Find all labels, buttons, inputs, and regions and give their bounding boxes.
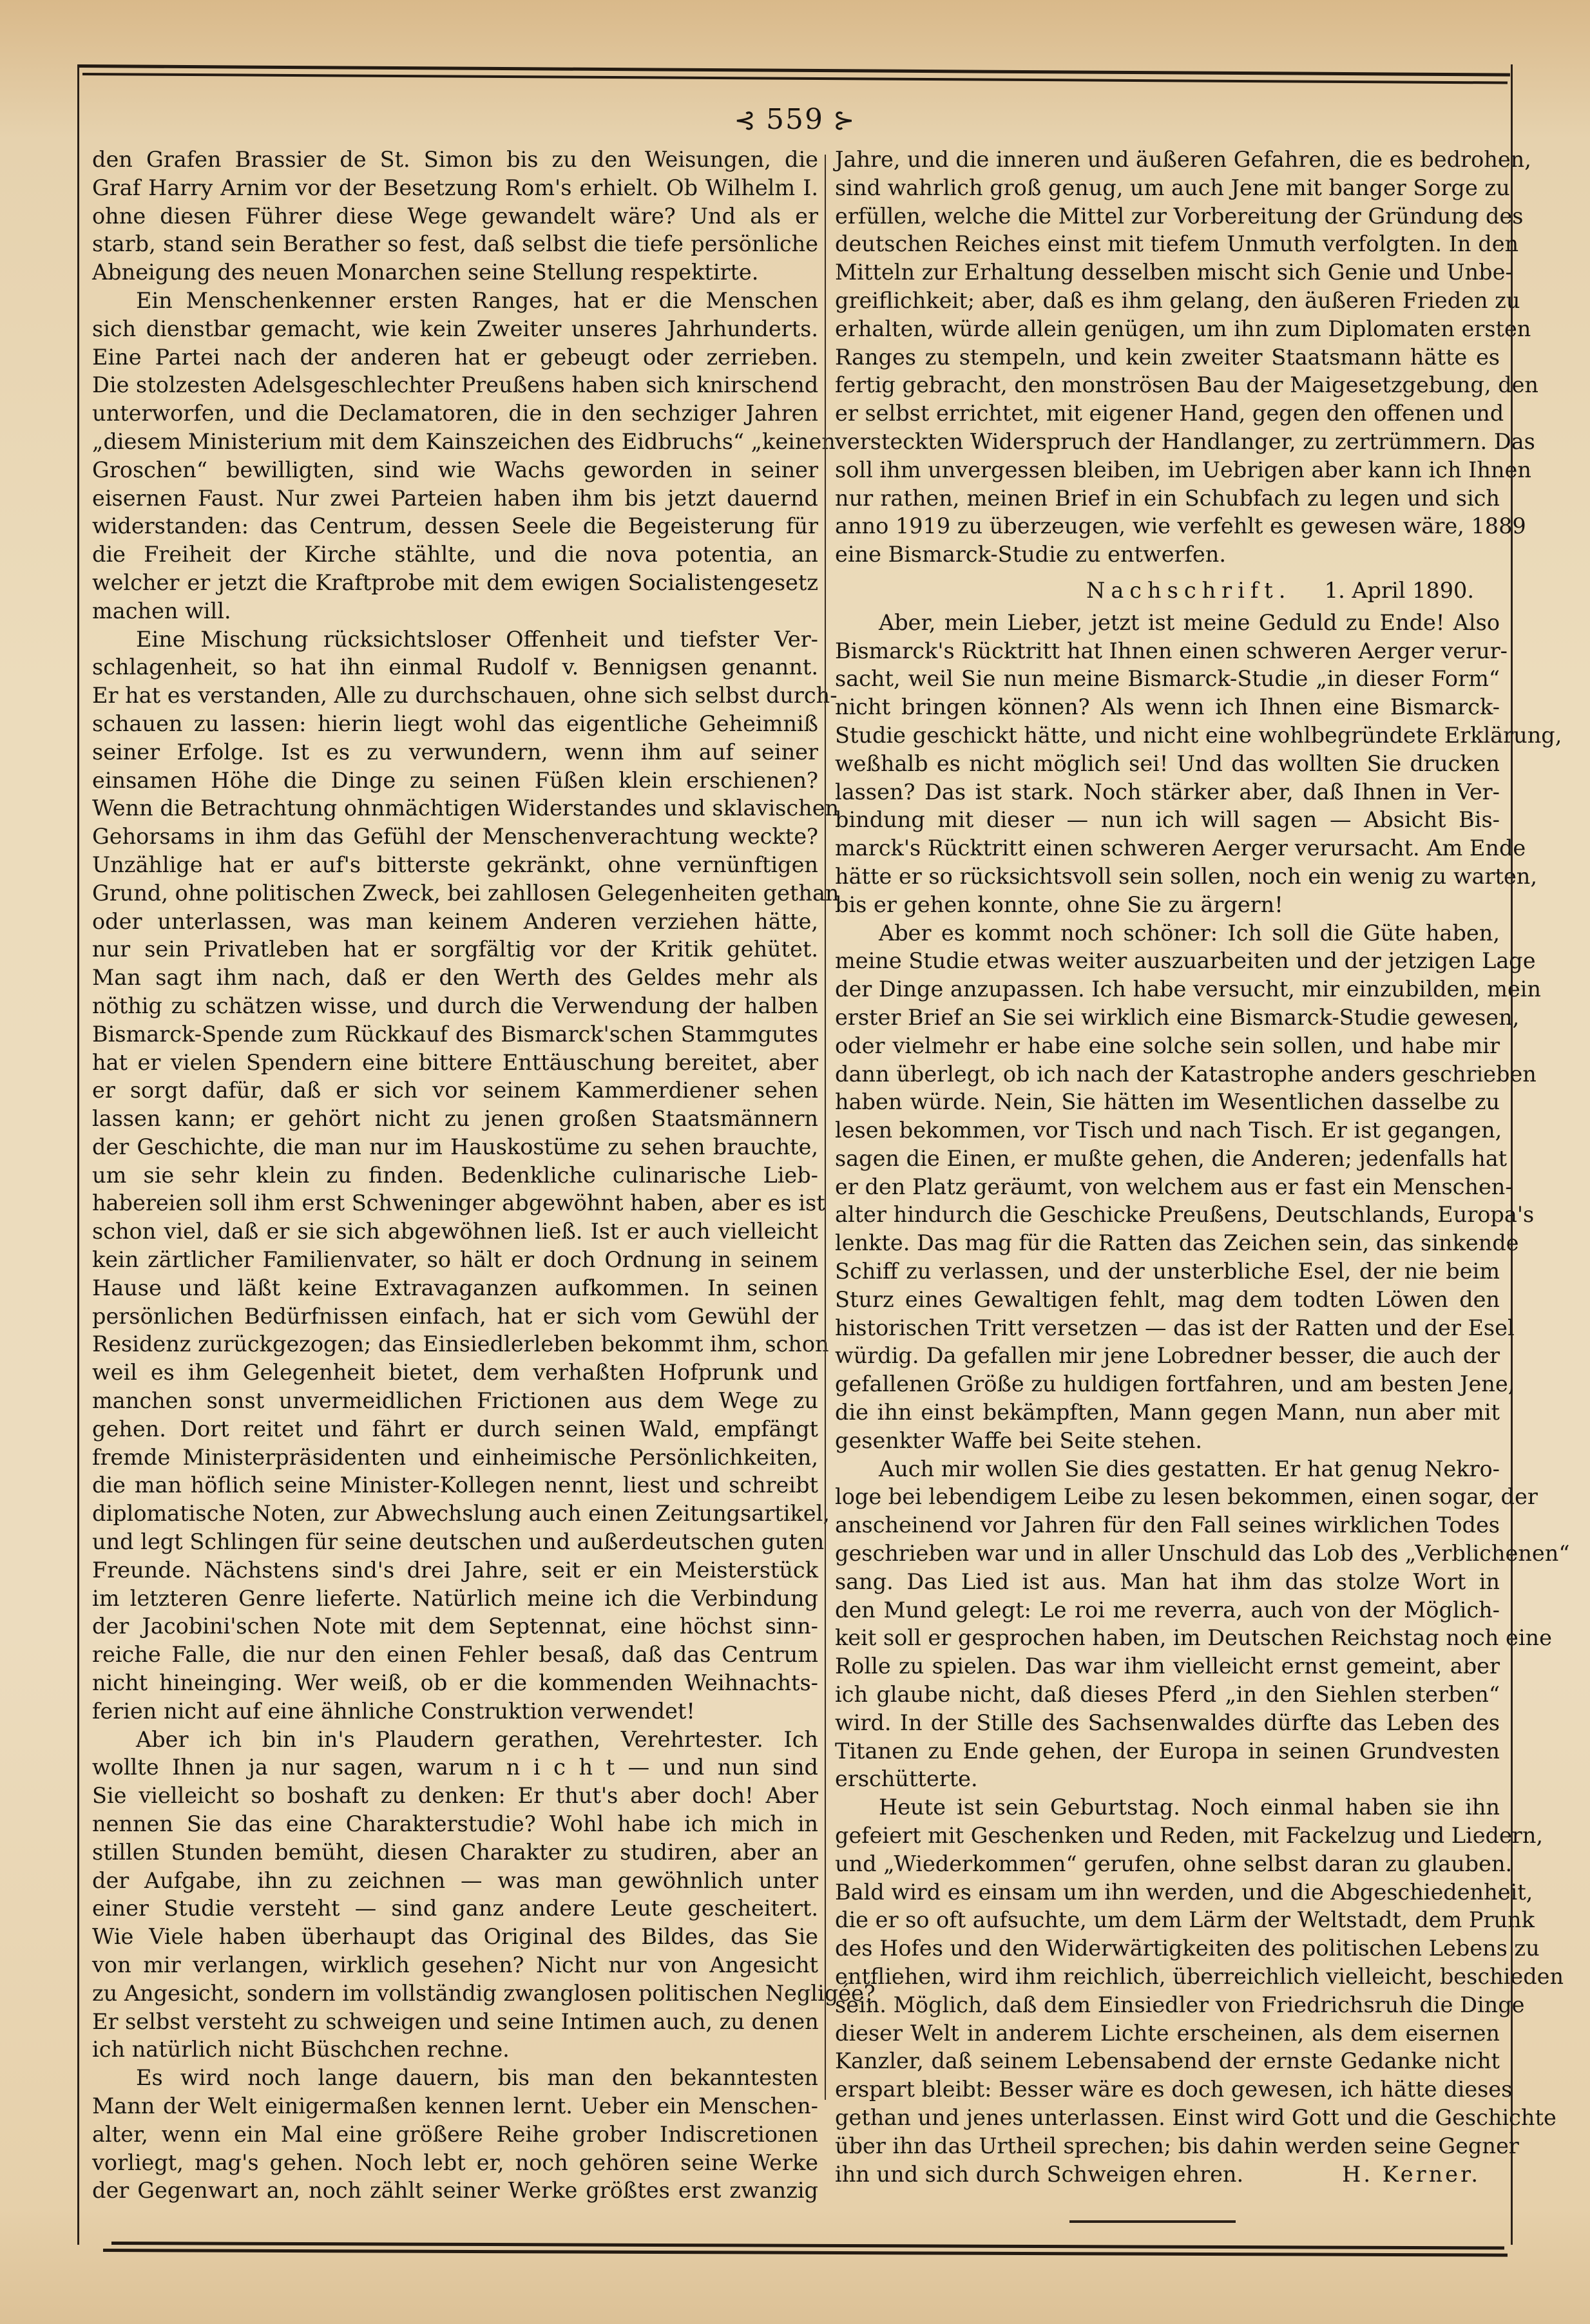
text-line: weil es ihm Gelegenheit bietet, dem verh… bbox=[92, 1358, 818, 1387]
text-line: Die stolzesten Adelsgeschlechter Preußen… bbox=[92, 371, 818, 399]
text-line: sind wahrlich groß genug, um auch Jene m… bbox=[835, 174, 1500, 202]
text-line: „diesem Ministerium mit dem Kainszeichen… bbox=[92, 428, 818, 456]
text-line: schauen zu lassen: hierin liegt wohl das… bbox=[92, 710, 818, 738]
text-line: Es wird noch lange dauern, bis man den b… bbox=[92, 2064, 818, 2092]
text-line: ich natürlich nicht Büschchen rechne. bbox=[92, 2035, 818, 2064]
text-line: Eine Partei nach der anderen hat er gebe… bbox=[92, 343, 818, 372]
text-line: stillen Stunden bemüht, diesen Charakter… bbox=[92, 1838, 818, 1867]
text-line: Er hat es verstanden, Alle zu durchschau… bbox=[92, 681, 818, 710]
text-line: hat er vielen Spendern eine bittere Entt… bbox=[92, 1049, 818, 1077]
text-line: Gehorsams in ihm das Gefühl der Menschen… bbox=[92, 823, 818, 851]
text-line: Studie geschickt hätte, und nicht eine w… bbox=[835, 721, 1500, 750]
text-line: manchen sonst unvermeidlichen Frictionen… bbox=[92, 1387, 818, 1415]
text-line: lenkte. Das mag für die Ratten das Zeich… bbox=[835, 1229, 1500, 1257]
text-line: hätte er so rücksichtsvoll sein sollen, … bbox=[835, 862, 1500, 891]
text-line: Sturz eines Gewaltigen fehlt, mag dem to… bbox=[835, 1286, 1500, 1314]
text-line: anno 1919 zu überzeugen, wie verfehlt es… bbox=[835, 512, 1500, 540]
text-line: sein. Möglich, daß dem Einsiedler von Fr… bbox=[835, 1991, 1500, 2019]
text-line: loge bei lebendigem Leibe zu lesen bekom… bbox=[835, 1483, 1500, 1511]
postscript-title: Nachschrift. bbox=[1086, 576, 1291, 605]
text-line: nicht hineinging. Wer weiß, ob er die ko… bbox=[92, 1669, 818, 1697]
text-line: Graf Harry Arnim vor der Besetzung Rom's… bbox=[92, 174, 818, 202]
text-line: ohne diesen Führer diese Wege gewandelt … bbox=[92, 202, 818, 231]
text-line: um sie sehr klein zu finden. Bedenkliche… bbox=[92, 1161, 818, 1190]
text-line: geschrieben war und in aller Unschuld da… bbox=[835, 1539, 1500, 1568]
text-line: Heute ist sein Geburtstag. Noch einmal h… bbox=[835, 1793, 1500, 1822]
text-line: zu Angesicht, sondern im vollständig zwa… bbox=[92, 1979, 818, 2008]
text-line: lassen? Das ist stark. Noch stärker aber… bbox=[835, 778, 1500, 806]
ornament-right-icon: ⊱ bbox=[833, 106, 856, 135]
text-line: Grund, ohne politischen Zweck, bei zahll… bbox=[92, 879, 818, 908]
text-line: und legt Schlingen für seine deutschen u… bbox=[92, 1528, 818, 1556]
text-line: die er so oft aufsuchte, um dem Lärm der… bbox=[835, 1906, 1500, 1934]
text-line: lesen bekommen, vor Tisch und nach Tisch… bbox=[835, 1116, 1500, 1145]
text-line: die ihn einst bekämpften, Mann gegen Man… bbox=[835, 1398, 1500, 1427]
text-line: Titanen zu Ende gehen, der Europa in sei… bbox=[835, 1737, 1500, 1766]
text-line: Kanzler, daß seinem Lebensabend der erns… bbox=[835, 2047, 1500, 2075]
text-line: Freunde. Nächstens sind's drei Jahre, se… bbox=[92, 1556, 818, 1585]
text-line: nöthig zu schätzen wisse, und durch die … bbox=[92, 992, 818, 1020]
text-line: Aber ich bin in's Plaudern gerathen, Ver… bbox=[92, 1726, 818, 1754]
text-line: nicht bringen können? Als wenn ich Ihnen… bbox=[835, 693, 1500, 721]
text-line: Bald wird es einsam um ihn werden, und d… bbox=[835, 1878, 1500, 1907]
text-line: im letzteren Genre lieferte. Natürlich m… bbox=[92, 1585, 818, 1613]
text-line: die Freiheit der Kirche stählte, und die… bbox=[92, 540, 818, 569]
text-line: eine Bismarck-Studie zu entwerfen. bbox=[835, 540, 1500, 569]
text-line: habereien soll ihm erst Schweninger abge… bbox=[92, 1189, 818, 1217]
text-line: wollte Ihnen ja nur sagen, warum n i c h… bbox=[92, 1753, 818, 1782]
end-rule bbox=[1069, 2220, 1236, 2223]
right-column: Jahre, und die inneren und äußeren Gefah… bbox=[835, 146, 1500, 2188]
text-line: welcher er jetzt die Kraftprobe mit dem … bbox=[92, 569, 818, 597]
text-line: Aber, mein Lieber, jetzt ist meine Gedul… bbox=[835, 609, 1500, 637]
text-line: Ranges zu stempeln, und kein zweiter Sta… bbox=[835, 343, 1500, 372]
text-line: eisernen Faust. Nur zwei Parteien haben … bbox=[92, 484, 818, 513]
text-line: soll ihm unvergessen bleiben, im Uebrige… bbox=[835, 456, 1500, 484]
text-line: deutschen Reiches einst mit tiefem Unmut… bbox=[835, 230, 1500, 258]
text-line: keit soll er gesprochen haben, im Deutsc… bbox=[835, 1624, 1500, 1652]
text-line: Mitteln zur Erhaltung desselben mischt s… bbox=[835, 258, 1500, 287]
text-line: meine Studie etwas weiter auszuarbeiten … bbox=[835, 947, 1500, 975]
text-line: einsamen Höhe die Dinge zu seinen Füßen … bbox=[92, 767, 818, 795]
text-line: erster Brief an Sie sei wirklich eine Bi… bbox=[835, 1004, 1500, 1032]
bottom-rule-outer bbox=[103, 2249, 1508, 2257]
text-line: Bismarck-Spende zum Rückkauf des Bismarc… bbox=[92, 1020, 818, 1049]
text-line: würdig. Da gefallen mir jene Lobredner b… bbox=[835, 1342, 1500, 1370]
text-line: Groschen“ bewilligten, sind wie Wachs ge… bbox=[92, 456, 818, 484]
text-line: alter hindurch die Geschicke Preußens, D… bbox=[835, 1201, 1500, 1229]
text-line: Mann der Welt einigermaßen kennen lernt.… bbox=[92, 2092, 818, 2120]
text-line: der Geschichte, die man nur im Hauskostü… bbox=[92, 1133, 818, 1161]
text-line: anscheinend vor Jahren für den Fall sein… bbox=[835, 1511, 1500, 1539]
closing-text: ihn und sich durch Schweigen ehren. bbox=[835, 2160, 1243, 2189]
text-line: den Mund gelegt: Le roi me reverra, auch… bbox=[835, 1596, 1500, 1624]
text-line: Man sagt ihm nach, daß er den Werth des … bbox=[92, 964, 818, 992]
text-line: sagen die Einen, er mußte gehen, die And… bbox=[835, 1145, 1500, 1173]
text-line: erschütterte. bbox=[835, 1765, 1500, 1793]
text-line: Hause und läßt keine Extravaganzen aufko… bbox=[92, 1274, 818, 1302]
text-line: nennen Sie das eine Charakterstudie? Woh… bbox=[92, 1810, 818, 1838]
text-line: lassen kann; er gehört nicht zu jenen gr… bbox=[92, 1105, 818, 1133]
column-divider bbox=[825, 155, 826, 2100]
page-number: ⊰559⊱ bbox=[0, 103, 1590, 136]
text-line: des Hofes und den Widerwärtigkeiten des … bbox=[835, 1934, 1500, 1963]
text-line: von mir verlangen, wirklich gesehen? Nic… bbox=[92, 1951, 818, 1979]
text-line: Wenn die Betrachtung ohnmächtigen Widers… bbox=[92, 794, 818, 823]
text-line: erfüllen, welche die Mittel zur Vorberei… bbox=[835, 202, 1500, 231]
text-line: haben würde. Nein, Sie hätten im Wesentl… bbox=[835, 1088, 1500, 1116]
text-line: Ein Menschenkenner ersten Ranges, hat er… bbox=[92, 287, 818, 315]
text-line: starb, stand sein Berather so fest, daß … bbox=[92, 230, 818, 258]
right-column-body-before-postscript: Jahre, und die inneren und äußeren Gefah… bbox=[835, 146, 1500, 569]
text-line: Unzählige hat er auf's bitterste gekränk… bbox=[92, 851, 818, 879]
text-line: Schiff zu verlassen, und der unsterblich… bbox=[835, 1257, 1500, 1286]
text-line: Wie Viele haben überhaupt das Original d… bbox=[92, 1923, 818, 1951]
text-line: machen will. bbox=[92, 597, 818, 625]
text-line: bindung mit dieser — nun ich will sagen … bbox=[835, 806, 1500, 834]
ornament-left-icon: ⊰ bbox=[734, 106, 757, 135]
text-line: fremde Ministerpräsidenten und einheimis… bbox=[92, 1443, 818, 1472]
text-line: nur sein Privatleben hat er sorgfältig v… bbox=[92, 935, 818, 964]
text-line: Abneigung des neuen Monarchen seine Stel… bbox=[92, 258, 818, 287]
text-line: dann überlegt, ob ich nach der Katastrop… bbox=[835, 1060, 1500, 1089]
text-line: oder vielmehr er habe eine solche sein s… bbox=[835, 1032, 1500, 1060]
text-line: er den Platz geräumt, von welchem aus er… bbox=[835, 1173, 1500, 1201]
text-line: gethan und jenes unterlassen. Einst wird… bbox=[835, 2104, 1500, 2132]
text-line: der Aufgabe, ihn zu zeichnen — was man g… bbox=[92, 1867, 818, 1895]
postscript-date: 1. April 1890. bbox=[1325, 576, 1474, 605]
right-column-body-after-postscript: Aber, mein Lieber, jetzt ist meine Gedul… bbox=[835, 609, 1500, 2160]
text-line: über ihn das Urtheil sprechen; bis dahin… bbox=[835, 2132, 1500, 2160]
text-line: erspart bleibt: Besser wäre es doch gewe… bbox=[835, 2075, 1500, 2104]
text-line: dieser Welt in anderem Lichte erscheinen… bbox=[835, 2019, 1500, 2048]
text-line: Eine Mischung rücksichtsloser Offenheit … bbox=[92, 625, 818, 654]
text-line: diplomatische Noten, zur Abwechslung auc… bbox=[92, 1500, 818, 1528]
text-line: weßhalb es nicht möglich sei! Und das wo… bbox=[835, 750, 1500, 778]
text-line: Rolle zu spielen. Das war ihm vielleicht… bbox=[835, 1652, 1500, 1681]
author-signature: H. Kerner. bbox=[1342, 2160, 1480, 2189]
text-line: der Dinge anzupassen. Ich habe versucht,… bbox=[835, 975, 1500, 1004]
text-line: gefallenen Größe zu huldigen fortfahren,… bbox=[835, 1370, 1500, 1398]
text-line: den Grafen Brassier de St. Simon bis zu … bbox=[92, 146, 818, 174]
text-line: ich glaube nicht, daß dieses Pferd „in d… bbox=[835, 1681, 1500, 1709]
text-line: sacht, weil Sie nun meine Bismarck-Studi… bbox=[835, 665, 1500, 693]
postscript-header: Nachschrift. 1. April 1890. bbox=[835, 576, 1500, 605]
left-column: den Grafen Brassier de St. Simon bis zu … bbox=[92, 146, 818, 2205]
text-line: fertig gebracht, den monströsen Bau der … bbox=[835, 371, 1500, 399]
text-line: Er selbst versteht zu schweigen und sein… bbox=[92, 2008, 818, 2036]
text-line: und „Wiederkommen“ gerufen, ohne selbst … bbox=[835, 1850, 1500, 1878]
text-line: vorliegt, mag's gehen. Noch lebt er, noc… bbox=[92, 2149, 818, 2177]
text-line: unterworfen, und die Declamatoren, die i… bbox=[92, 399, 818, 428]
text-line: gesenkter Waffe bei Seite stehen. bbox=[835, 1427, 1500, 1455]
text-line: historischen Tritt versetzen — das ist d… bbox=[835, 1314, 1500, 1342]
text-line: wird. In der Stille des Sachsenwaldes dü… bbox=[835, 1709, 1500, 1737]
text-line: alter, wenn ein Mal eine größere Reihe g… bbox=[92, 2120, 818, 2149]
text-line: kein zärtlicher Familienvater, so hält e… bbox=[92, 1246, 818, 1274]
text-line: gehen. Dort reitet und fährt er durch se… bbox=[92, 1415, 818, 1443]
text-line: die man höflich seine Minister-Kollegen … bbox=[92, 1471, 818, 1500]
text-line: er sorgt dafür, daß er sich vor seinem K… bbox=[92, 1076, 818, 1105]
text-line: greiflichkeit; aber, daß es ihm gelang, … bbox=[835, 287, 1500, 315]
text-line: ferien nicht auf eine ähnliche Construkt… bbox=[92, 1697, 818, 1726]
text-line: erhalten, würde allein genügen, um ihn z… bbox=[835, 315, 1500, 343]
text-line: bis er gehen konnte, ohne Sie zu ärgern! bbox=[835, 891, 1500, 919]
text-line: versteckten Widerspruch der Handlanger, … bbox=[835, 428, 1500, 456]
closing-line: ihn und sich durch Schweigen ehren. H. K… bbox=[835, 2160, 1500, 2189]
text-line: oder unterlassen, was man keinem Anderen… bbox=[92, 908, 818, 936]
text-line: der Gegenwart an, noch zählt seiner Werk… bbox=[92, 2176, 818, 2205]
page-number-value: 559 bbox=[766, 103, 824, 136]
text-line: persönlichen Bedürfnissen einfach, hat e… bbox=[92, 1302, 818, 1331]
text-line: seiner Erfolge. Ist es zu verwundern, we… bbox=[92, 738, 818, 767]
text-line: Bismarck's Rücktritt hat Ihnen einen sch… bbox=[835, 637, 1500, 665]
text-line: Residenz zurückgezogen; das Einsiedlerle… bbox=[92, 1330, 818, 1358]
text-line: Sie vielleicht so boshaft zu denken: Er … bbox=[92, 1782, 818, 1810]
text-line: entfliehen, wird ihm reichlich, überreic… bbox=[835, 1963, 1500, 1991]
text-line: nur rathen, meinen Brief in ein Schubfac… bbox=[835, 484, 1500, 513]
text-line: sich dienstbar gemacht, wie kein Zweiter… bbox=[92, 315, 818, 343]
text-line: er selbst errichtet, mit eigener Hand, g… bbox=[835, 399, 1500, 428]
text-line: marck's Rücktritt einen schweren Aerger … bbox=[835, 834, 1500, 862]
text-line: reiche Falle, die nur den einen Fehler b… bbox=[92, 1641, 818, 1669]
text-line: Aber es kommt noch schöner: Ich soll die… bbox=[835, 919, 1500, 948]
text-line: der Jacobini'schen Note mit dem Septenna… bbox=[92, 1612, 818, 1641]
text-line: widerstanden: das Centrum, dessen Seele … bbox=[92, 512, 818, 540]
text-line: Jahre, und die inneren und äußeren Gefah… bbox=[835, 146, 1500, 174]
text-line: gefeiert mit Geschenken und Reden, mit F… bbox=[835, 1822, 1500, 1850]
text-line: Auch mir wollen Sie dies gestatten. Er h… bbox=[835, 1455, 1500, 1483]
text-line: sang. Das Lied ist aus. Man hat ihm das … bbox=[835, 1568, 1500, 1596]
text-line: einer Studie versteht — sind ganz andere… bbox=[92, 1894, 818, 1923]
text-line: schon viel, daß er sie sich abgewöhnen l… bbox=[92, 1217, 818, 1246]
text-line: schlagenheit, so hat ihn einmal Rudolf v… bbox=[92, 653, 818, 681]
